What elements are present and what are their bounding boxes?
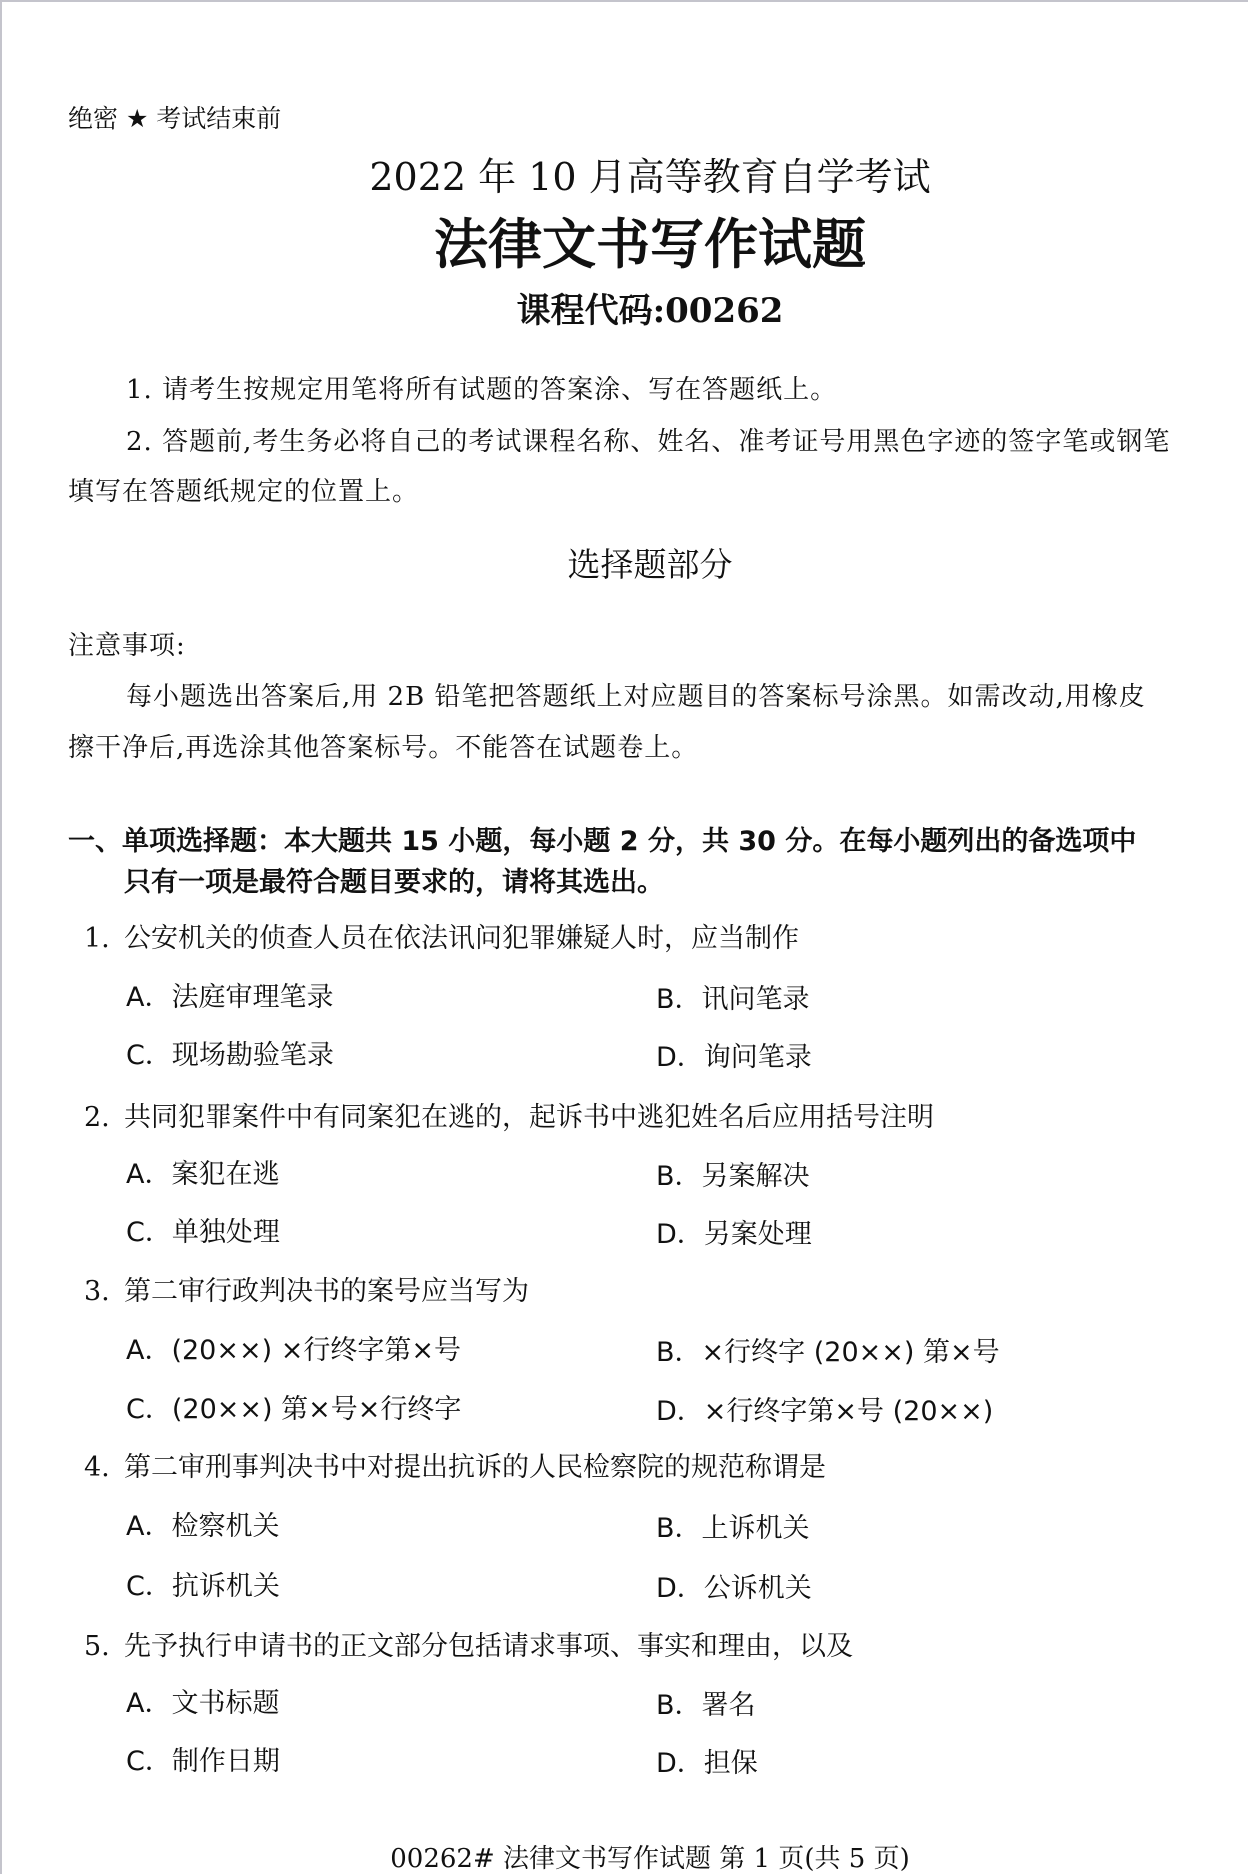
question-text: 第二审刑事判决书中对提出抗诉的人民检察院的规范称谓是 [124,1454,826,1481]
option-d[interactable]: D．担保 [656,1750,758,1777]
option-a[interactable]: A．文书标题 [126,1690,279,1717]
option-b[interactable]: B．另案解决 [656,1163,810,1190]
page-footer: 00262# 法律文书写作试题 第 1 页(共 5 页) [0,1846,1248,1872]
question-text: 先予执行申请书的正文部分包括请求事项、事实和理由，以及 [124,1633,853,1660]
notice-line-1: 每小题选出答案后,用 2B 铅笔把答题纸上对应题目的答案标号涂黑。如需改动,用橡… [126,684,1146,710]
instruction-2-cont: 填写在答题纸规定的位置上。 [68,479,419,505]
option-d[interactable]: D．×行终字第×号 (20××) [656,1398,993,1425]
option-a[interactable]: A．案犯在逃 [126,1161,279,1188]
notice-label: 注意事项: [68,633,186,659]
option-d[interactable]: D．公诉机关 [656,1575,812,1602]
option-c[interactable]: C．(20××) 第×号×行终字 [126,1396,461,1423]
option-a[interactable]: A．法庭审理笔录 [126,984,333,1011]
secret-label: 绝密 ★ 考试结束前 [68,106,281,131]
question-number: 3. [84,1278,110,1305]
option-a[interactable]: A．(20××) ×行终字第×号 [126,1337,461,1364]
option-b[interactable]: B．署名 [656,1692,756,1719]
question-number: 2. [84,1104,110,1131]
course-code: 课程代码:00262 [0,294,1248,328]
exam-title: 2022 年 10 月高等教育自学考试 [0,158,1248,196]
part-one-heading-line-2: 只有一项是最符合题目要求的，请将其选出。 [124,869,664,896]
option-b[interactable]: B．讯问笔录 [656,986,810,1013]
option-c[interactable]: C．现场勘验笔录 [126,1042,334,1069]
part-one-heading-line-1: 一、单项选择题：本大题共 15 小题，每小题 2 分，共 30 分。在每小题列出… [68,828,1136,855]
question-text: 第二审行政判决书的案号应当写为 [124,1278,529,1305]
option-a[interactable]: A．检察机关 [126,1513,279,1540]
question-number: 4. [84,1454,110,1481]
option-c[interactable]: C．制作日期 [126,1748,280,1775]
instruction-2: 2. 答题前,考生务必将自己的考试课程名称、姓名、准考证号用黑色字迹的签字笔或钢… [126,429,1170,455]
option-d[interactable]: D．询问笔录 [656,1044,812,1071]
question-number: 5. [84,1633,110,1660]
option-c[interactable]: C．抗诉机关 [126,1573,280,1600]
question-number: 1. [84,925,110,952]
option-b[interactable]: B．×行终字 (20××) 第×号 [656,1339,1000,1366]
notice-line-2: 擦干净后,再选涂其他答案标号。不能答在试题卷上。 [68,735,698,761]
section-title: 选择题部分 [0,548,1248,581]
instruction-1: 1. 请考生按规定用笔将所有试题的答案涂、写在答题纸上。 [126,377,837,403]
option-c[interactable]: C．单独处理 [126,1219,280,1246]
question-text: 共同犯罪案件中有同案犯在逃的，起诉书中逃犯姓名后应用括号注明 [124,1104,934,1131]
option-d[interactable]: D．另案处理 [656,1221,812,1248]
subject-title: 法律文书写作试题 [0,218,1248,272]
question-text: 公安机关的侦查人员在依法讯问犯罪嫌疑人时，应当制作 [124,925,799,952]
option-b[interactable]: B．上诉机关 [656,1515,810,1542]
